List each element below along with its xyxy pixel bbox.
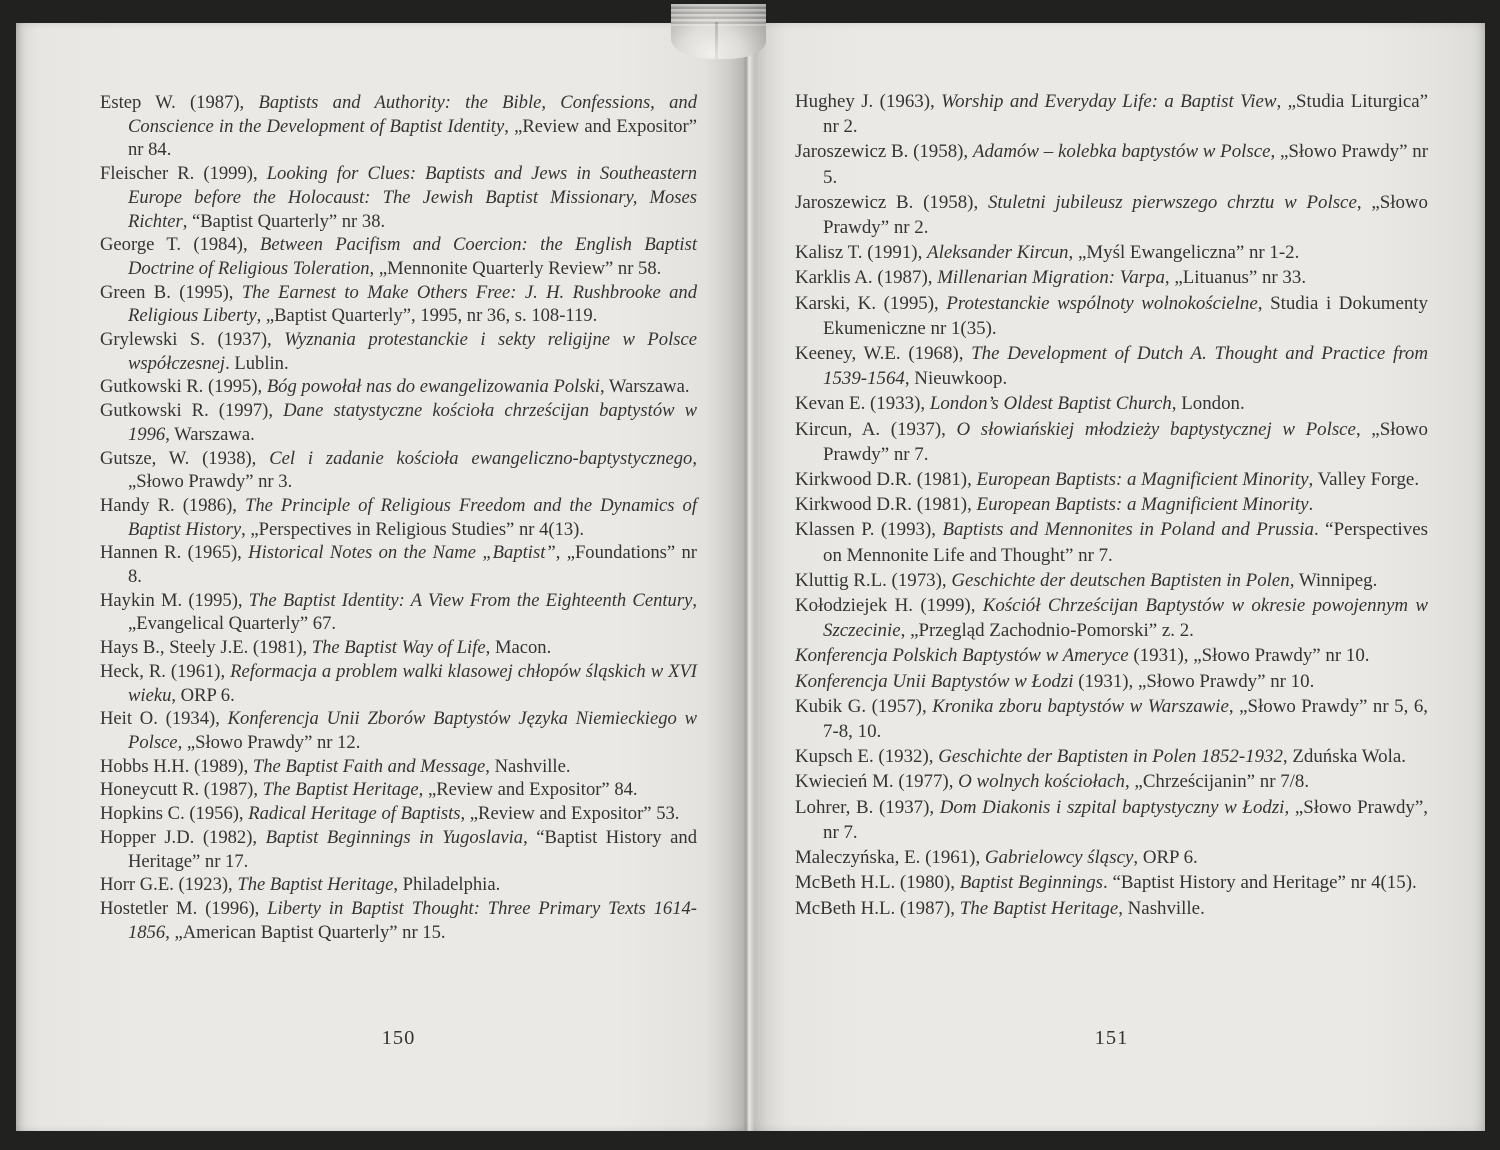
entry-text: , London. <box>1172 393 1245 414</box>
bibliography-entry: Heck, R. (1961), Reformacja a problem wa… <box>100 660 697 707</box>
entry-text: Handy R. (1986), <box>100 495 245 516</box>
entry-title: O słowiańskiej młodzieży baptystycznej w… <box>957 419 1356 440</box>
bibliography-entry: Kircun, A. (1937), O słowiańskiej młodzi… <box>795 417 1428 467</box>
bibliography-list-right: Hughey J. (1963), Worship and Everyday L… <box>795 89 1428 921</box>
entry-title: Aleksander Kircun <box>927 242 1068 263</box>
entry-text: Klassen P. (1993), <box>795 519 942 540</box>
bibliography-entry: Hays B., Steely J.E. (1981), The Baptist… <box>100 636 697 660</box>
entry-title: Historical Notes on the Name „Baptist” <box>248 542 556 563</box>
bibliography-entry: Kołodziejek H. (1999), Kościół Chrześcij… <box>795 593 1428 643</box>
entry-text: Fleischer R. (1999), <box>100 163 267 184</box>
entry-text: Kalisz T. (1991), <box>795 242 927 263</box>
bibliography-entry: Lohrer, B. (1937), Dom Diakonis i szpita… <box>795 795 1428 845</box>
entry-text: , „American Baptist Quarterly” nr 15. <box>165 922 445 943</box>
entry-text: Heck, R. (1961), <box>100 661 230 682</box>
entry-text: , „Myśl Ewangeliczna” nr 1-2. <box>1069 242 1300 263</box>
bibliography-entry: Konferencja Unii Baptystów w Łodzi (1931… <box>795 669 1428 694</box>
entry-text: Kirkwood D.R. (1981), <box>795 494 977 515</box>
entry-text: , „Review and Expositor” 53. <box>461 803 680 824</box>
bibliography-entry: Karklis A. (1987), Millenarian Migration… <box>795 265 1428 290</box>
bibliography-entry: Gutkowski R. (1997), Dane statystyczne k… <box>100 399 697 446</box>
bibliography-entry: Maleczyńska, E. (1961), Gabrielowcy śląs… <box>795 845 1428 870</box>
entry-text: Hughey J. (1963), <box>795 91 941 112</box>
bibliography-entry: George T. (1984), Between Pacifism and C… <box>100 233 697 280</box>
entry-text: George T. (1984), <box>100 234 260 255</box>
entry-title: European Baptists: a Magnificient Minori… <box>977 494 1309 515</box>
bibliography-entry: Kevan E. (1933), London’s Oldest Baptist… <box>795 391 1428 416</box>
entry-text: Karklis A. (1987), <box>795 267 937 288</box>
entry-title: Kronika zboru baptystów w Warszawie <box>932 696 1229 717</box>
bibliography-entry: Jaroszewicz B. (1958), Adamów – kolebka … <box>795 139 1428 189</box>
entry-text: Kołodziejek H. (1999), <box>795 595 983 616</box>
bibliography-entry: Kubik G. (1957), Kronika zboru baptystów… <box>795 694 1428 744</box>
entry-text: McBeth H.L. (1987), <box>795 898 960 919</box>
entry-text: (1931), „Słowo Prawdy” nr 10. <box>1073 671 1314 692</box>
entry-text: , ORP 6. <box>171 685 234 706</box>
entry-text: Kluttig R.L. (1973), <box>795 570 951 591</box>
entry-title: London’s Oldest Baptist Church <box>930 393 1172 414</box>
entry-text: Kircun, A. (1937), <box>795 419 957 440</box>
bibliography-entry: Green B. (1995), The Earnest to Make Oth… <box>100 281 697 328</box>
entry-text: , Macon. <box>486 637 552 658</box>
bibliography-entry: Honeycutt R. (1987), The Baptist Heritag… <box>100 778 697 802</box>
bibliography-entry: Hopkins C. (1956), Radical Heritage of B… <box>100 802 697 826</box>
bibliography-entry: Horr G.E. (1923), The Baptist Heritage, … <box>100 873 697 897</box>
bibliography-entry: Hobbs H.H. (1989), The Baptist Faith and… <box>100 755 697 779</box>
entry-title: The Baptist Heritage <box>237 874 393 895</box>
entry-text: , „Baptist Quarterly”, 1995, nr 36, s. 1… <box>257 305 598 326</box>
page-number-right: 151 <box>795 1027 1428 1050</box>
entry-title: Radical Heritage of Baptists <box>248 803 460 824</box>
entry-text: , „Przegląd Zachodnio-Pomorski” z. 2. <box>901 620 1194 641</box>
bibliography-entry: Kupsch E. (1932), Geschichte der Baptist… <box>795 744 1428 769</box>
entry-text: . <box>1309 494 1314 515</box>
entry-text: Estep W. (1987), <box>100 92 258 113</box>
entry-text: Kubik G. (1957), <box>795 696 932 717</box>
entry-text: Green B. (1995), <box>100 282 242 303</box>
entry-text: Gutkowski R. (1997), <box>100 400 283 421</box>
bibliography-entry: Kwiecień M. (1977), O wolnych kościołach… <box>795 769 1428 794</box>
entry-text: , „Lituanus” nr 33. <box>1165 267 1306 288</box>
entry-title: Adamów – kolebka baptystów w Polsce <box>973 141 1271 162</box>
entry-title: Konferencja Polskich Baptystów w Ameryce <box>795 645 1129 666</box>
entry-text: Grylewski S. (1937), <box>100 329 284 350</box>
entry-title: Dom Diakonis i szpital baptystyczny w Ło… <box>940 797 1285 818</box>
entry-text: Karski, K. (1995), <box>795 293 946 314</box>
bibliography-entry: Kirkwood D.R. (1981), European Baptists:… <box>795 492 1428 517</box>
entry-title: Worship and Everyday Life: a Baptist Vie… <box>941 91 1276 112</box>
entry-text: Jaroszewicz B. (1958), <box>795 141 973 162</box>
entry-title: Geschichte der Baptisten in Polen 1852-1… <box>938 746 1283 767</box>
entry-title: European Baptists: a Magnificient Minori… <box>977 469 1309 490</box>
entry-text: Kevan E. (1933), <box>795 393 930 414</box>
bibliography-entry: Estep W. (1987), Baptists and Authority:… <box>100 91 697 162</box>
entry-title: Bóg powołał nas do ewangelizowania Polsk… <box>267 376 600 397</box>
entry-text: , Warszawa. <box>600 376 690 397</box>
entry-title: O wolnych kościołach <box>958 771 1125 792</box>
bibliography-entry: Kirkwood D.R. (1981), European Baptists:… <box>795 467 1428 492</box>
entry-title: The Baptist Heritage <box>263 779 419 800</box>
bibliography-entry: Hannen R. (1965), Historical Notes on th… <box>100 541 697 588</box>
entry-text: . Lublin. <box>225 353 289 374</box>
entry-title: Konferencja Unii Baptystów w Łodzi <box>795 671 1073 692</box>
entry-title: The Baptist Identity: A View From the Ei… <box>249 590 693 611</box>
entry-title: Gabrielowcy śląscy <box>985 847 1133 868</box>
bibliography-entry: McBeth H.L. (1987), The Baptist Heritage… <box>795 896 1428 921</box>
entry-text: Lohrer, B. (1937), <box>795 797 940 818</box>
entry-text: , Zduńska Wola. <box>1283 746 1406 767</box>
entry-text: , Valley Forge. <box>1309 469 1420 490</box>
entry-text: , Nashville. <box>485 756 570 777</box>
book-scan: Estep W. (1987), Baptists and Authority:… <box>0 0 1500 1150</box>
entry-text: , “Baptist Quarterly” nr 38. <box>183 211 385 232</box>
entry-title: Stuletni jubileusz pierwszego chrztu w P… <box>988 192 1357 213</box>
entry-text: , „Perspectives in Religious Studies” nr… <box>241 519 584 540</box>
entry-text: , „Słowo Prawdy” nr 12. <box>178 732 361 753</box>
page-left: Estep W. (1987), Baptists and Authority:… <box>16 23 745 1131</box>
bibliography-entry: Hostetler M. (1996), Liberty in Baptist … <box>100 897 697 944</box>
bibliography-entry: Haykin M. (1995), The Baptist Identity: … <box>100 589 697 636</box>
entry-text: Heit O. (1934), <box>100 708 228 729</box>
bibliography-entry: Gutkowski R. (1995), Bóg powołał nas do … <box>100 375 697 399</box>
entry-text: Hays B., Steely J.E. (1981), <box>100 637 312 658</box>
entry-text: Honeycutt R. (1987), <box>100 779 263 800</box>
entry-title: Baptist Beginnings <box>960 872 1103 893</box>
bibliography-entry: Handy R. (1986), The Principle of Religi… <box>100 494 697 541</box>
entry-title: Protestanckie wspólnoty wolnokościelne <box>946 293 1257 314</box>
entry-text: , „Mennonite Quarterly Review” nr 58. <box>370 258 662 279</box>
entry-text: Kwiecień M. (1977), <box>795 771 958 792</box>
entry-text: Hannen R. (1965), <box>100 542 248 563</box>
bibliography-entry: Hughey J. (1963), Worship and Everyday L… <box>795 89 1428 139</box>
entry-text: Keeney, W.E. (1968), <box>795 343 971 364</box>
entry-text: . “Baptist History and Heritage” nr 4(15… <box>1103 872 1417 893</box>
bibliography-entry: Gutsze, W. (1938), Cel i zadanie kościoł… <box>100 447 697 494</box>
entry-title: The Baptist Heritage <box>960 898 1118 919</box>
bibliography-list-left: Estep W. (1987), Baptists and Authority:… <box>100 91 697 944</box>
entry-text: Maleczyńska, E. (1961), <box>795 847 985 868</box>
bibliography-entry: Fleischer R. (1999), Looking for Clues: … <box>100 162 697 233</box>
entry-text: Hostetler M. (1996), <box>100 898 267 919</box>
entry-text: Hopper J.D. (1982), <box>100 827 266 848</box>
page-right: Hughey J. (1963), Worship and Everyday L… <box>745 23 1485 1131</box>
entry-text: Horr G.E. (1923), <box>100 874 237 895</box>
bibliography-entry: Hopper J.D. (1982), Baptist Beginnings i… <box>100 826 697 873</box>
entry-text: , „Review and Expositor” 84. <box>419 779 638 800</box>
entry-text: , Nashville. <box>1118 898 1205 919</box>
entry-text: Hopkins C. (1956), <box>100 803 248 824</box>
entry-text: McBeth H.L. (1980), <box>795 872 960 893</box>
entry-text: , Winnipeg. <box>1290 570 1378 591</box>
bibliography-entry: McBeth H.L. (1980), Baptist Beginnings. … <box>795 870 1428 895</box>
entry-title: The Baptist Way of Life <box>312 637 486 658</box>
entry-title: Geschichte der deutschen Baptisten in Po… <box>951 570 1289 591</box>
entry-text: Jaroszewicz B. (1958), <box>795 192 988 213</box>
entry-text: Haykin M. (1995), <box>100 590 249 611</box>
bibliography-entry: Klassen P. (1993), Baptists and Mennonit… <box>795 517 1428 567</box>
page-number-left: 150 <box>100 1027 697 1050</box>
entry-title: Baptist Beginnings in Yugoslavia <box>266 827 523 848</box>
entry-text: , „Chrześcijanin” nr 7/8. <box>1125 771 1309 792</box>
book-spine-top-edge <box>671 4 766 59</box>
entry-title: Baptists and Mennonites in Poland and Pr… <box>942 519 1314 540</box>
bibliography-entry: Grylewski S. (1937), Wyznania protestanc… <box>100 328 697 375</box>
entry-text: Hobbs H.H. (1989), <box>100 756 253 777</box>
entry-title: The Baptist Faith and Message <box>253 756 485 777</box>
bibliography-entry: Karski, K. (1995), Protestanckie wspólno… <box>795 291 1428 341</box>
entry-text: , Philadelphia. <box>393 874 500 895</box>
entry-text: (1931), „Słowo Prawdy” nr 10. <box>1129 645 1370 666</box>
entry-text: Gutsze, W. (1938), <box>100 448 269 469</box>
entry-text: , Nieuwkoop. <box>905 368 1007 389</box>
entry-text: Kirkwood D.R. (1981), <box>795 469 977 490</box>
entry-text: , Warszawa. <box>165 424 255 445</box>
bibliography-entry: Jaroszewicz B. (1958), Stuletni jubileus… <box>795 190 1428 240</box>
bibliography-entry: Kalisz T. (1991), Aleksander Kircun, „My… <box>795 240 1428 265</box>
bibliography-entry: Heit O. (1934), Konferencja Unii Zborów … <box>100 707 697 754</box>
bibliography-entry: Konferencja Polskich Baptystów w Ameryce… <box>795 643 1428 668</box>
entry-text: , ORP 6. <box>1133 847 1197 868</box>
entry-title: Millenarian Migration: Varpa <box>937 267 1165 288</box>
entry-text: Gutkowski R. (1995), <box>100 376 267 397</box>
bibliography-entry: Kluttig R.L. (1973), Geschichte der deut… <box>795 568 1428 593</box>
bibliography-entry: Keeney, W.E. (1968), The Development of … <box>795 341 1428 391</box>
entry-title: Cel i zadanie kościoła ewangeliczno-bapt… <box>269 448 692 469</box>
entry-text: Kupsch E. (1932), <box>795 746 938 767</box>
